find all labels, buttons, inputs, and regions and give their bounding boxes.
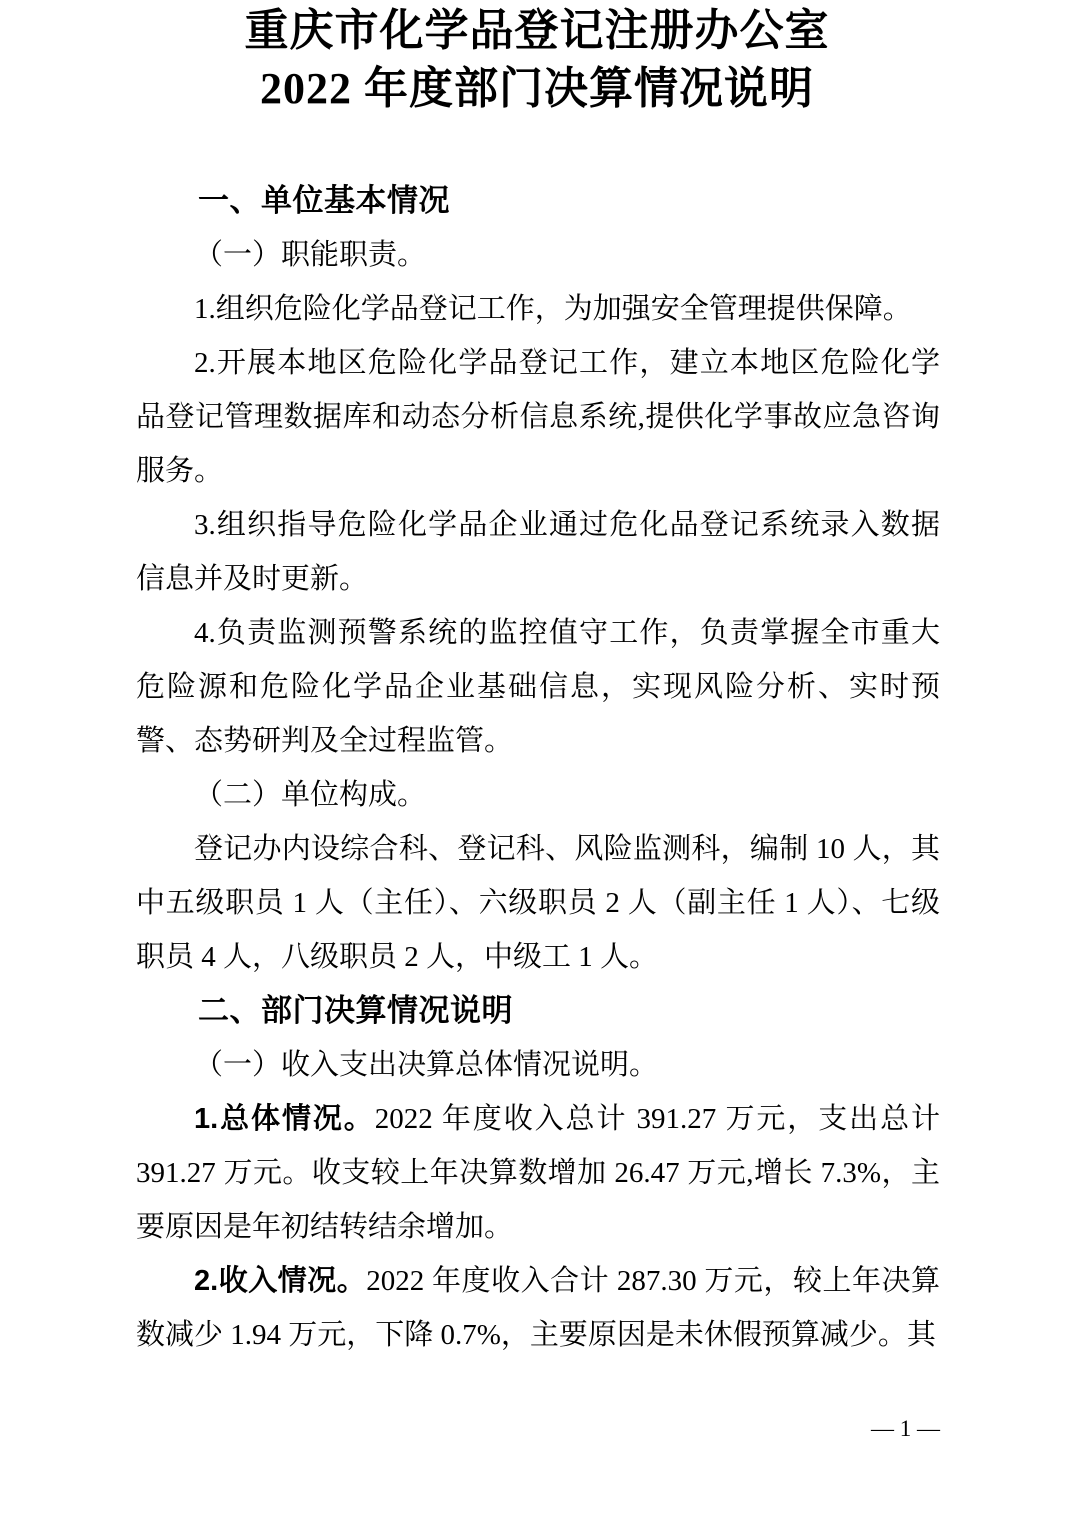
paragraph: 1.组织危险化学品登记工作，为加强安全管理提供保障。 <box>136 282 940 336</box>
title-line-1: 重庆市化学品登记注册办公室 <box>0 2 1074 60</box>
sub-heading: （一）职能职责。 <box>136 228 940 282</box>
paragraph: 1.总体情况。2022 年度收入总计 391.27 万元，支出总计 391.27… <box>136 1092 940 1254</box>
title-line-2: 2022 年度部门决算情况说明 <box>0 60 1074 118</box>
paragraph: 4.负责监测预警系统的监控值守工作，负责掌握全市重大危险源和危险化学品企业基础信… <box>136 606 940 768</box>
document-title: 重庆市化学品登记注册办公室 2022 年度部门决算情况说明 <box>0 0 1074 118</box>
paragraph-lead: 1.总体情况。 <box>194 1103 375 1135</box>
sub-heading: （二）单位构成。 <box>136 768 940 822</box>
section-heading: 二、部门决算情况说明 <box>136 984 940 1038</box>
paragraph: 3.组织指导危险化学品企业通过危化品登记系统录入数据信息并及时更新。 <box>136 498 940 606</box>
paragraph: 2.收入情况。2022 年度收入合计 287.30 万元，较上年决算数减少 1.… <box>136 1254 940 1362</box>
section-heading: 一、单位基本情况 <box>136 174 940 228</box>
document-page: 重庆市化学品登记注册办公室 2022 年度部门决算情况说明 一、单位基本情况（一… <box>0 0 1074 1520</box>
paragraph: 2.开展本地区危险化学品登记工作，建立本地区危险化学品登记管理数据库和动态分析信… <box>136 336 940 498</box>
paragraph-lead: 2.收入情况。 <box>194 1265 366 1297</box>
document-body: 一、单位基本情况（一）职能职责。1.组织危险化学品登记工作，为加强安全管理提供保… <box>136 174 940 1362</box>
page-number: — 1 — <box>871 1416 940 1442</box>
sub-heading: （一）收入支出决算总体情况说明。 <box>136 1038 940 1092</box>
paragraph: 登记办内设综合科、登记科、风险监测科，编制 10 人，其中五级职员 1 人（主任… <box>136 822 940 984</box>
